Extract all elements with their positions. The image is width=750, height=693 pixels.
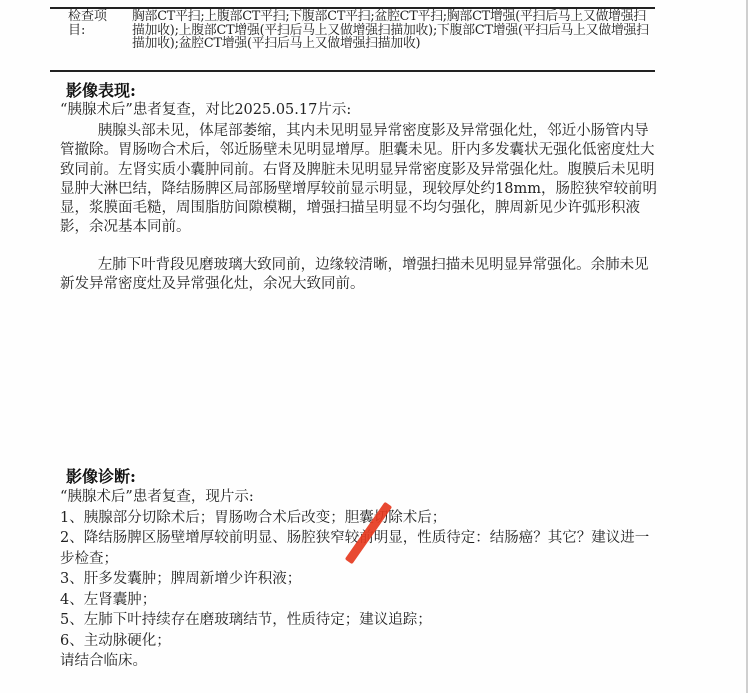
diagnosis-item: 6、主动脉硬化； xyxy=(60,631,660,652)
diagnosis-body: “胰腺术后”患者复查，现片示: 1、胰腺部分切除术后；胃肠吻合术后改变；胆囊切除… xyxy=(60,487,660,672)
findings-heading: 影像表现: xyxy=(66,78,136,101)
exam-items-label: 检查项目: xyxy=(68,10,108,51)
findings-intro: “胰腺术后”患者复查，对比2025.05.17片示: xyxy=(60,101,660,120)
diagnosis-item: 4、左肾囊肿； xyxy=(60,590,660,611)
findings-paragraph: 左肺下叶背段见磨玻璃大致同前，边缘较清晰，增强扫描未见明显异常强化。余肺未见新发… xyxy=(60,256,660,295)
diagnosis-closing: 请结合临床。 xyxy=(60,651,660,672)
header-bottom-rule xyxy=(50,70,655,72)
diagnosis-item: 5、左肺下叶持续存在磨玻璃结节，性质待定；建议追踪； xyxy=(60,610,660,631)
diagnosis-intro: “胰腺术后”患者复查，现片示: xyxy=(60,487,660,508)
exam-items-row: 检查项目: 胸部CT平扫;上腹部CT平扫;下腹部CT平扫;盆腔CT平扫;胸部CT… xyxy=(68,10,658,51)
findings-paragraph: 胰腺头部未见，体尾部萎缩，其内未见明显异常密度影及异常强化灶，邻近小肠管内导管撤… xyxy=(60,122,660,238)
report-page: 检查项目: 胸部CT平扫;上腹部CT平扫;下腹部CT平扫;盆腔CT平扫;胸部CT… xyxy=(0,0,748,693)
exam-items-value: 胸部CT平扫;上腹部CT平扫;下腹部CT平扫;盆腔CT平扫;胸部CT增强(平扫后… xyxy=(132,10,658,51)
diagnosis-heading: 影像诊断: xyxy=(66,464,136,487)
diagnosis-item: 1、胰腺部分切除术后；胃肠吻合术后改变；胆囊切除术后； xyxy=(60,508,660,529)
diagnosis-item: 3、肝多发囊肿；脾周新增少许积液； xyxy=(60,569,660,590)
